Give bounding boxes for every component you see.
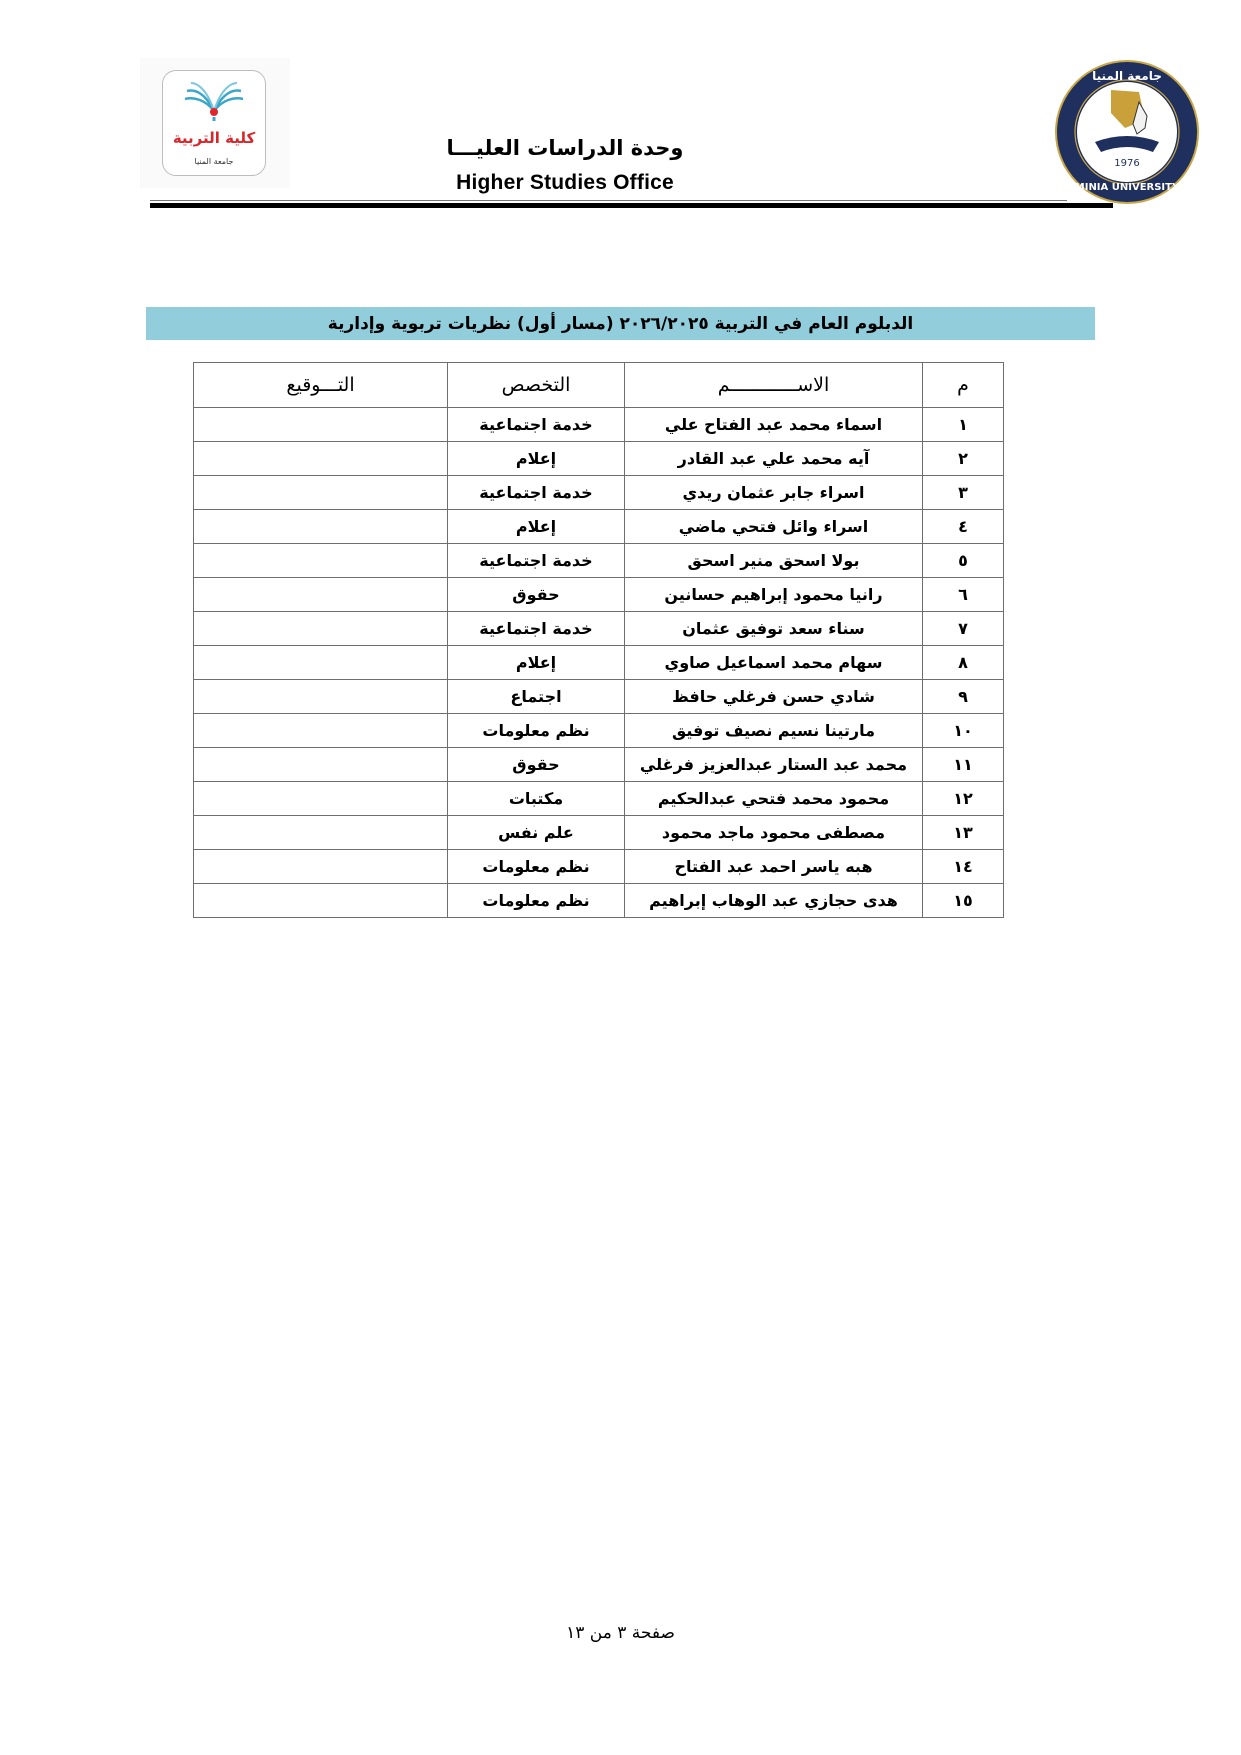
table-row: ٩شادي حسن فرغلي حافظاجتماع — [194, 680, 1004, 714]
page-number: صفحة ٣ من ١٣ — [0, 1623, 1241, 1643]
student-specialization: خدمة اجتماعية — [448, 612, 625, 646]
column-header-signature: التـــوقيع — [194, 363, 448, 408]
signature-cell — [194, 646, 448, 680]
column-header-number: م — [923, 363, 1004, 408]
student-specialization: إعلام — [448, 646, 625, 680]
row-number: ٣ — [923, 476, 1004, 510]
logo-card: كلية التربية جامعة المنيا — [162, 70, 266, 176]
header-rule-thin — [150, 200, 1067, 201]
table-row: ٦رانيا محمود إبراهيم حسانينحقوق — [194, 578, 1004, 612]
student-specialization: خدمة اجتماعية — [448, 544, 625, 578]
row-number: ١٠ — [923, 714, 1004, 748]
row-number: ١ — [923, 408, 1004, 442]
student-name: مصطفى محمود ماجد محمود — [625, 816, 923, 850]
row-number: ٢ — [923, 442, 1004, 476]
student-name: بولا اسحق منير اسحق — [625, 544, 923, 578]
table-row: ١٥هدى حجازي عبد الوهاب إبراهيمنظم معلوما… — [194, 884, 1004, 918]
row-number: ١٤ — [923, 850, 1004, 884]
header-rule-thick — [150, 203, 1113, 208]
student-specialization: مكتبات — [448, 782, 625, 816]
svg-text:1976: 1976 — [1114, 158, 1139, 169]
student-specialization: حقوق — [448, 578, 625, 612]
student-specialization: حقوق — [448, 748, 625, 782]
signature-cell — [194, 714, 448, 748]
row-number: ٧ — [923, 612, 1004, 646]
signature-cell — [194, 544, 448, 578]
student-name: مارتينا نسيم نصيف توفيق — [625, 714, 923, 748]
student-name: اسراء جابر عثمان ريدي — [625, 476, 923, 510]
student-name: هبه ياسر احمد عبد الفتاح — [625, 850, 923, 884]
signature-cell — [194, 612, 448, 646]
table-row: ١اسماء محمد عبد الفتاح عليخدمة اجتماعية — [194, 408, 1004, 442]
student-name: اسماء محمد عبد الفتاح علي — [625, 408, 923, 442]
student-specialization: نظم معلومات — [448, 850, 625, 884]
signature-cell — [194, 884, 448, 918]
signature-cell — [194, 510, 448, 544]
table-row: ١٣مصطفى محمود ماجد محمودعلم نفس — [194, 816, 1004, 850]
table-body: ١اسماء محمد عبد الفتاح عليخدمة اجتماعية٢… — [194, 408, 1004, 918]
row-number: ٤ — [923, 510, 1004, 544]
student-specialization: إعلام — [448, 510, 625, 544]
table-header-row: م الاســــــــــــم التخصص التـــوقيع — [194, 363, 1004, 408]
student-specialization: خدمة اجتماعية — [448, 408, 625, 442]
signature-cell — [194, 850, 448, 884]
column-header-name: الاســــــــــــم — [625, 363, 923, 408]
student-name: رانيا محمود إبراهيم حسانين — [625, 578, 923, 612]
column-header-specialization: التخصص — [448, 363, 625, 408]
open-book-figure-icon — [183, 81, 245, 121]
row-number: ٩ — [923, 680, 1004, 714]
signature-cell — [194, 578, 448, 612]
row-number: ١١ — [923, 748, 1004, 782]
office-title-english: Higher Studies Office — [0, 171, 1130, 195]
student-specialization: إعلام — [448, 442, 625, 476]
student-name: محمود محمد فتحي عبدالحكيم — [625, 782, 923, 816]
student-specialization: علم نفس — [448, 816, 625, 850]
row-number: ١٥ — [923, 884, 1004, 918]
svg-text:جامعة المنيا: جامعة المنيا — [1092, 69, 1162, 83]
table-row: ٨سهام محمد اسماعيل صاويإعلام — [194, 646, 1004, 680]
student-name: سهام محمد اسماعيل صاوي — [625, 646, 923, 680]
student-name: محمد عبد الستار عبدالعزيز فرغلي — [625, 748, 923, 782]
signature-cell — [194, 408, 448, 442]
student-name: سناء سعد توفيق عثمان — [625, 612, 923, 646]
student-name: شادي حسن فرغلي حافظ — [625, 680, 923, 714]
office-title-arabic: وحدة الدراسات العليـــا — [0, 136, 1130, 160]
student-specialization: نظم معلومات — [448, 884, 625, 918]
table-row: ٤اسراء وائل فتحي ماضيإعلام — [194, 510, 1004, 544]
student-name: آيه محمد علي عبد القادر — [625, 442, 923, 476]
row-number: ٦ — [923, 578, 1004, 612]
signature-cell — [194, 680, 448, 714]
signature-cell — [194, 816, 448, 850]
table-row: ٣اسراء جابر عثمان ريديخدمة اجتماعية — [194, 476, 1004, 510]
signature-cell — [194, 442, 448, 476]
signature-cell — [194, 476, 448, 510]
minia-university-seal-icon: 1976 جامعة المنيا MINIA UNIVERSITY — [1053, 58, 1201, 206]
student-specialization: اجتماع — [448, 680, 625, 714]
student-specialization: نظم معلومات — [448, 714, 625, 748]
student-name: اسراء وائل فتحي ماضي — [625, 510, 923, 544]
program-title-banner: الدبلوم العام في التربية ٢٠٢٦/٢٠٢٥ (مسار… — [146, 307, 1095, 340]
signature-cell — [194, 782, 448, 816]
student-specialization: خدمة اجتماعية — [448, 476, 625, 510]
signature-cell — [194, 748, 448, 782]
table-row: ٢آيه محمد علي عبد القادرإعلام — [194, 442, 1004, 476]
svg-text:MINIA UNIVERSITY: MINIA UNIVERSITY — [1075, 182, 1180, 193]
table-row: ٥بولا اسحق منير اسحقخدمة اجتماعية — [194, 544, 1004, 578]
table-row: ١٠مارتينا نسيم نصيف توفيقنظم معلومات — [194, 714, 1004, 748]
table-row: ١٢محمود محمد فتحي عبدالحكيممكتبات — [194, 782, 1004, 816]
faculty-of-education-logo: كلية التربية جامعة المنيا — [140, 58, 290, 188]
row-number: ٥ — [923, 544, 1004, 578]
row-number: ١٢ — [923, 782, 1004, 816]
row-number: ١٣ — [923, 816, 1004, 850]
student-name: هدى حجازي عبد الوهاب إبراهيم — [625, 884, 923, 918]
row-number: ٨ — [923, 646, 1004, 680]
table-row: ١٤هبه ياسر احمد عبد الفتاحنظم معلومات — [194, 850, 1004, 884]
table-row: ١١محمد عبد الستار عبدالعزيز فرغليحقوق — [194, 748, 1004, 782]
program-title: الدبلوم العام في التربية ٢٠٢٦/٢٠٢٥ (مسار… — [328, 314, 913, 334]
student-roster-table: م الاســــــــــــم التخصص التـــوقيع ١ا… — [193, 362, 1004, 918]
table-row: ٧سناء سعد توفيق عثمانخدمة اجتماعية — [194, 612, 1004, 646]
